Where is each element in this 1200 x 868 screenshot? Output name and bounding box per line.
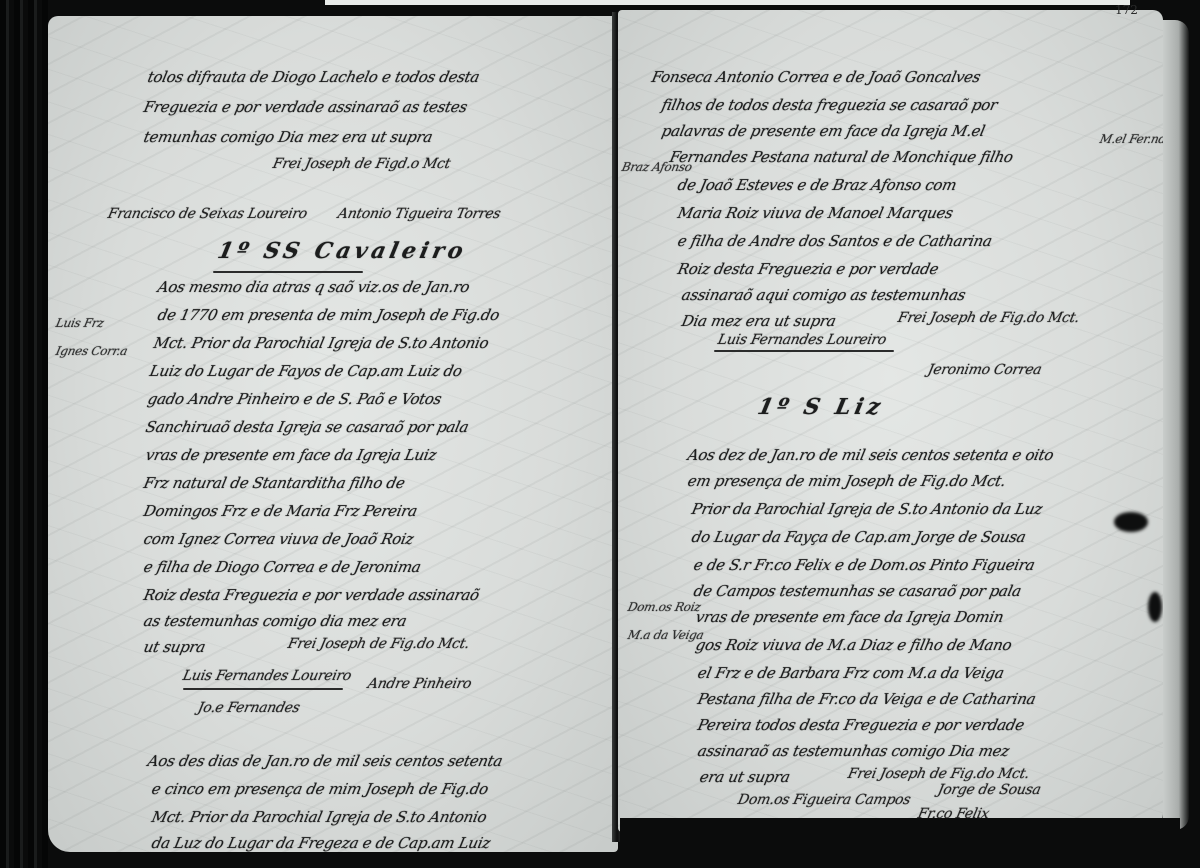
folio-number: 172 [1115, 3, 1138, 17]
signature: Francisco de Seixas Loureiro [106, 206, 308, 222]
text-line: da Luz do Lugar da Fregeza e de Cap.am L… [150, 834, 492, 852]
signature: Luis Fernandes Loureiro [716, 332, 887, 348]
book-binding-edge [0, 0, 48, 868]
text-line: e de S.r Fr.co Felix e de Dom.os Pinto F… [692, 556, 1036, 574]
text-line: Mct. Prior da Parochial Igreja de S.to A… [150, 808, 488, 826]
text-line: Aos des dias de Jan.ro de mil seis cento… [146, 752, 504, 770]
text-line: assinaraõ aqui comigo as testemunhas [680, 286, 967, 304]
text-line: Mct. Prior da Parochial Igreja de S.to A… [152, 334, 490, 352]
text-line: Dia mez era ut supra [680, 312, 837, 330]
text-line: de Joaõ Esteves e de Braz Afonso com [676, 176, 958, 194]
margin-note: Dom.os Roiz [627, 600, 702, 614]
signature: Frei Joseph de Figd.o Mct [271, 156, 451, 172]
text-line: as testemunhas comigo dia mez era [142, 612, 408, 630]
entry-heading: 1º SS Cavaleiro [215, 238, 469, 264]
signature: Jorge de Sousa [936, 782, 1042, 798]
text-line: e filha de Diogo Correa e de Jeronima [142, 558, 422, 576]
text-line: Prior da Parochial Igreja de S.to Antoni… [690, 500, 1044, 518]
text-line: temunhas comigo Dia mez era ut supra [142, 128, 434, 146]
margin-note: M.el Fer.nd [1099, 132, 1163, 146]
text-line: palavras de presente em face da Igreja M… [660, 122, 987, 140]
text-line: Fernandes Pestana natural de Monchique f… [668, 148, 1015, 166]
text-line: vras de presente em face da Igreja Luiz [144, 446, 438, 464]
text-line: Fonseca Antonio Correa e de Joaõ Goncalv… [650, 68, 982, 86]
text-line: vras de presente em face da Igreja Domin [694, 608, 1005, 626]
page-edge-stack [1163, 20, 1189, 830]
signature: Frei Joseph de Fig.do Mct. [846, 766, 1031, 782]
text-line: de 1770 em presenta de mim Joseph de Fig… [156, 306, 501, 324]
signature: Jeronimo Correa [926, 362, 1043, 378]
margin-note: Ignes Corr.a [55, 344, 129, 358]
right-page: Fonseca Antonio Correa e de Joaõ Goncalv… [618, 10, 1163, 832]
signature: Luis Fernandes Loureiro [181, 668, 352, 684]
text-line: Maria Roiz viuva de Manoel Marques [676, 204, 955, 222]
signature: Frei Joseph de Fig.do Mct. [896, 310, 1081, 326]
text-line: Roiz desta Freguezia e por verdade [676, 260, 940, 278]
text-line: Freguezia e por verdade assinaraõ as tes… [142, 98, 469, 116]
text-line: e filha de Andre dos Santos e de Cathari… [676, 232, 994, 250]
text-line: assinaraõ as testemunhas comigo Dia mez [696, 742, 1011, 760]
margin-note: Braz Afonso [621, 160, 694, 174]
margin-note: Luis Frz [55, 316, 105, 330]
text-line: Pestana filha de Fr.co da Veiga e de Cat… [696, 690, 1037, 708]
text-line: em presença de mim Joseph de Fig.do Mct. [686, 472, 1007, 490]
text-line: el Frz e de Barbara Frz com M.a da Veiga [696, 664, 1005, 682]
text-line: gado Andre Pinheiro e de S. Paõ e Votos [146, 390, 443, 408]
signature-underline [183, 688, 343, 690]
heading-underline [213, 271, 363, 273]
text-line: ut supra [142, 638, 207, 656]
margin-note: M.a da Veiga [627, 628, 705, 642]
signature: Andre Pinheiro [366, 676, 473, 692]
text-line: Aos dez de Jan.ro de mil seis centos set… [686, 446, 1055, 464]
text-line: Luiz do Lugar de Fayos de Cap.am Luiz do [148, 362, 464, 380]
signature: Jo.e Fernandes [196, 700, 301, 716]
left-page: tolos difrauta de Diogo Lachelo e todos … [48, 16, 618, 852]
text-line: de Campos testemunhas se casaraõ por pal… [692, 582, 1023, 600]
text-line: Aos mesmo dia atras q saõ viz.os de Jan.… [156, 278, 471, 296]
scan-bottom-shadow [620, 818, 1180, 868]
ink-blot [1114, 512, 1148, 532]
signature: Frei Joseph de Fig.do Mct. [286, 636, 471, 652]
text-line: Pereira todos desta Freguezia e por verd… [696, 716, 1026, 734]
ink-blot [1148, 592, 1162, 622]
text-line: Sanchiruaõ desta Igreja se casaraõ por p… [144, 418, 470, 436]
text-line: com Ignez Correa viuva de Joaõ Roiz [142, 530, 415, 548]
text-line: Domingos Frz e de Maria Frz Pereira [142, 502, 419, 520]
text-line: Roiz desta Freguezia e por verdade assin… [142, 586, 481, 604]
signature: Dom.os Figueira Campos [736, 792, 912, 808]
text-line: gos Roiz viuva de M.a Diaz e filho de Ma… [694, 636, 1013, 654]
text-line: Frz natural de Stantarditha filho de [142, 474, 406, 492]
signature-underline [714, 350, 894, 352]
text-line: tolos difrauta de Diogo Lachelo e todos … [146, 68, 481, 86]
text-line: do Lugar da Fayça de Cap.am Jorge de Sou… [690, 528, 1027, 546]
signature: Antonio Tigueira Torres [336, 206, 502, 222]
text-line: e cinco em presença de mim Joseph de Fig… [150, 780, 490, 798]
entry-heading: 1º S Liz [755, 394, 886, 420]
text-line: era ut supra [698, 768, 792, 786]
film-strip-edge [325, 0, 1130, 5]
text-line: filhos de todos desta freguezia se casar… [660, 96, 999, 114]
